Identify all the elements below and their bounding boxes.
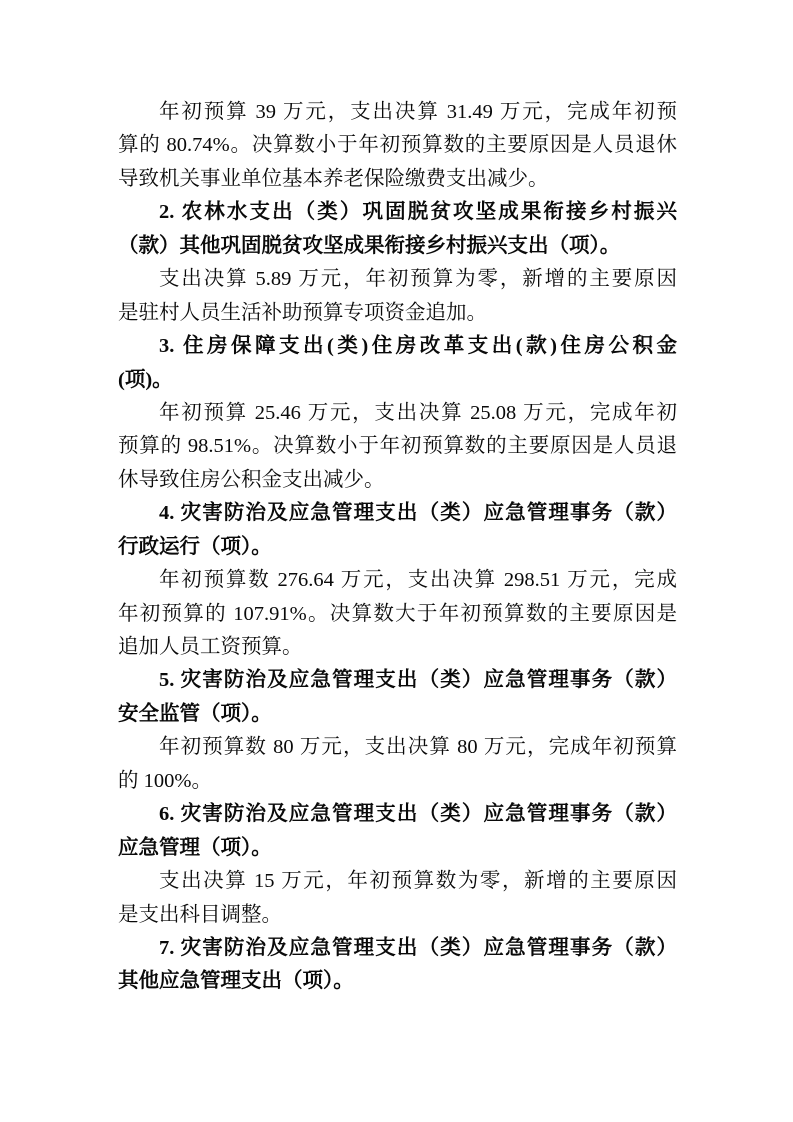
text-line: 年初预算 25.46 万元，支出决算 25.08 万元，完成年初 [118, 397, 677, 430]
expenditure-paragraph: 年初预算数 80 万元，支出决算 80 万元，完成年初预算的 100%。 [118, 731, 677, 798]
text-line: 行政运行（项）。 [118, 531, 677, 564]
text-line: 6. 灾害防治及应急管理支出（类）应急管理事务（款） [118, 798, 677, 831]
text-line: 4. 灾害防治及应急管理支出（类）应急管理事务（款） [118, 497, 677, 530]
expenditure-paragraph: 支出决算 15 万元，年初预算数为零，新增的主要原因是支出科目调整。 [118, 865, 677, 932]
text-line: 年初预算数 276.64 万元，支出决算 298.51 万元，完成 [118, 564, 677, 597]
text-line: 是驻村人员生活补助预算专项资金追加。 [118, 297, 677, 330]
text-line: 预算的 98.51%。决算数小于年初预算数的主要原因是人员退 [118, 430, 677, 463]
document-page: 年初预算 39 万元，支出决算 31.49 万元，完成年初预算的 80.74%。… [0, 0, 793, 1122]
text-line: 是支出科目调整。 [118, 899, 677, 932]
text-line: 年初预算数 80 万元，支出决算 80 万元，完成年初预算 [118, 731, 677, 764]
expenditure-paragraph: 年初预算 39 万元，支出决算 31.49 万元，完成年初预算的 80.74%。… [118, 96, 677, 196]
text-line: 3. 住房保障支出(类)住房改革支出(款)住房公积金 [118, 330, 677, 363]
expenditure-item-heading: 7. 灾害防治及应急管理支出（类）应急管理事务（款）其他应急管理支出（项）。 [118, 932, 677, 999]
text-line: 支出决算 5.89 万元，年初预算为零，新增的主要原因 [118, 263, 677, 296]
text-line: （款）其他巩固脱贫攻坚成果衔接乡村振兴支出（项）。 [118, 230, 677, 263]
expenditure-item-heading: 5. 灾害防治及应急管理支出（类）应急管理事务（款）安全监管（项）。 [118, 664, 677, 731]
expenditure-item-heading: 2. 农林水支出（类）巩固脱贫攻坚成果衔接乡村振兴（款）其他巩固脱贫攻坚成果衔接… [118, 196, 677, 263]
text-line: 5. 灾害防治及应急管理支出（类）应急管理事务（款） [118, 664, 677, 697]
text-line: 安全监管（项）。 [118, 698, 677, 731]
text-line: 导致机关事业单位基本养老保险缴费支出减少。 [118, 163, 677, 196]
text-line: 年初预算 39 万元，支出决算 31.49 万元，完成年初预 [118, 96, 677, 129]
text-line: 的 100%。 [118, 765, 677, 798]
text-line: 追加人员工资预算。 [118, 631, 677, 664]
expenditure-paragraph: 年初预算数 276.64 万元，支出决算 298.51 万元，完成年初预算的 1… [118, 564, 677, 664]
text-line: 年初预算的 107.91%。决算数大于年初预算数的主要原因是 [118, 598, 677, 631]
expenditure-item-heading: 3. 住房保障支出(类)住房改革支出(款)住房公积金(项)。 [118, 330, 677, 397]
text-line: 应急管理（项）。 [118, 832, 677, 865]
text-line: 其他应急管理支出（项）。 [118, 965, 677, 998]
document-body: 年初预算 39 万元，支出决算 31.49 万元，完成年初预算的 80.74%。… [118, 96, 677, 999]
expenditure-paragraph: 支出决算 5.89 万元，年初预算为零，新增的主要原因是驻村人员生活补助预算专项… [118, 263, 677, 330]
expenditure-item-heading: 6. 灾害防治及应急管理支出（类）应急管理事务（款）应急管理（项）。 [118, 798, 677, 865]
text-line: 2. 农林水支出（类）巩固脱贫攻坚成果衔接乡村振兴 [118, 196, 677, 229]
text-line: 7. 灾害防治及应急管理支出（类）应急管理事务（款） [118, 932, 677, 965]
expenditure-paragraph: 年初预算 25.46 万元，支出决算 25.08 万元，完成年初预算的 98.5… [118, 397, 677, 497]
text-line: 支出决算 15 万元，年初预算数为零，新增的主要原因 [118, 865, 677, 898]
text-line: 算的 80.74%。决算数小于年初预算数的主要原因是人员退休 [118, 129, 677, 162]
text-line: 休导致住房公积金支出减少。 [118, 464, 677, 497]
expenditure-item-heading: 4. 灾害防治及应急管理支出（类）应急管理事务（款）行政运行（项）。 [118, 497, 677, 564]
text-line: (项)。 [118, 364, 677, 397]
